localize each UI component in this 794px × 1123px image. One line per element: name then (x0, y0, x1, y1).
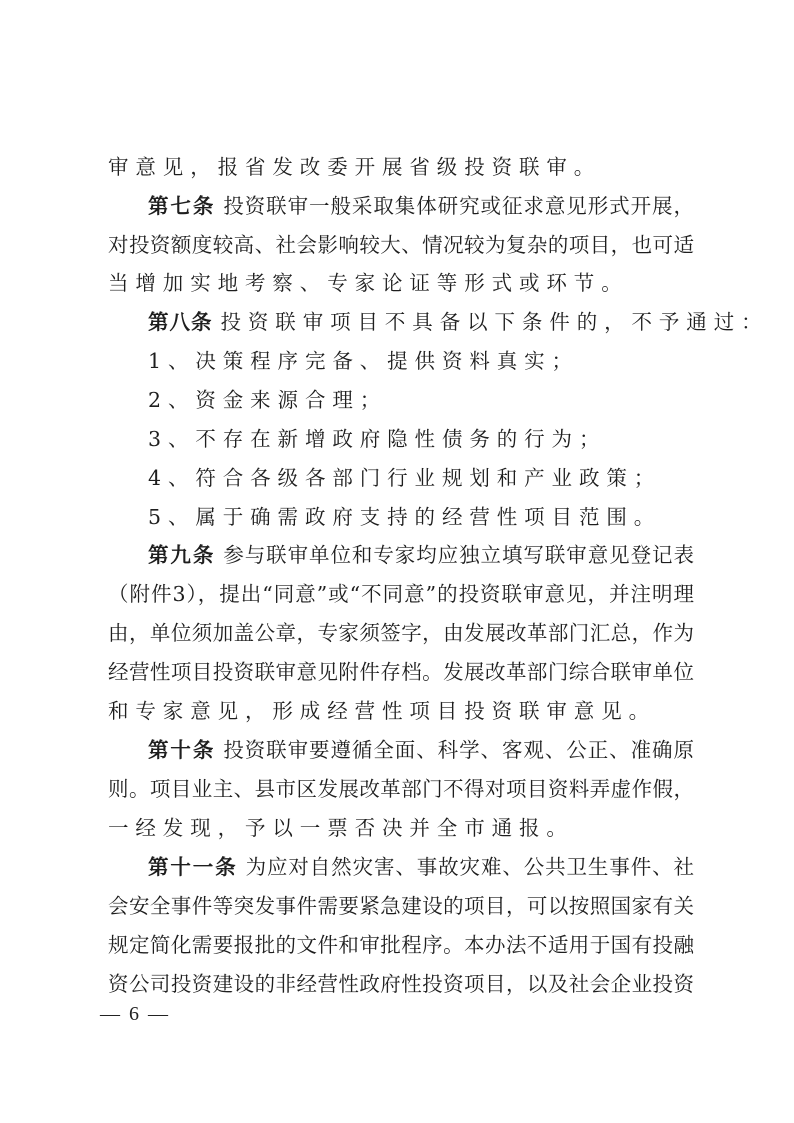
text-line: 对投资额度较高、社会影响较大、情况较为复杂的项目，也可适 (108, 226, 694, 265)
article-11-heading-line: 第十一条为应对自然灾害、事故灾难、公共卫生事件、社 (148, 848, 694, 887)
text-line: 和专家意见，形成经营性项目投资联审意见。 (108, 692, 694, 731)
text-line: 当增加实地考察、专家论证等形式或环节。 (108, 264, 694, 303)
text-line: （附件3），提出“同意”或“不同意”的投资联审意见，并注明理 (108, 575, 694, 614)
article-label: 第九条 (148, 543, 215, 567)
text-line: 由，单位须加盖公章，专家须签字，由发展改革部门汇总，作为 (108, 614, 694, 653)
article-text: 投资联审一般采取集体研究或征求意见形式开展， (223, 194, 694, 218)
article-7-heading-line: 第七条投资联审一般采取集体研究或征求意见形式开展， (148, 187, 694, 226)
text-line: 会安全事件等突发事件需要紧急建设的项目，可以按照国家有关 (108, 887, 694, 926)
list-item: 1、决策程序完备、提供资料真实； (148, 342, 694, 381)
article-9-heading-line: 第九条参与联审单位和专家均应独立填写联审意见登记表 (148, 536, 694, 575)
text-line: 经营性项目投资联审意见附件存档。发展改革部门综合联审单位 (108, 653, 694, 692)
list-item: 4、符合各级各部门行业规划和产业政策； (148, 459, 694, 498)
document-page: 审意见，报省发改委开展省级投资联审。 第七条投资联审一般采取集体研究或征求意见形… (0, 0, 794, 1123)
list-item: 5、属于确需政府支持的经营性项目范围。 (148, 498, 694, 537)
article-label: 第八条 (148, 310, 213, 334)
article-8-heading-line: 第八条投资联审项目不具备以下条件的，不予通过： (148, 303, 694, 342)
article-10-heading-line: 第十条投资联审要遵循全面、科学、客观、公正、准确原 (148, 731, 694, 770)
text-line: 一经发现，予以一票否决并全市通报。 (108, 809, 694, 848)
text-line: 则。项目业主、县市区发展改革部门不得对项目资料弄虚作假， (108, 770, 694, 809)
text-line: 规定简化需要报批的文件和审批程序。本办法不适用于国有投融 (108, 926, 694, 965)
article-text: 参与联审单位和专家均应独立填写联审意见登记表 (223, 543, 694, 567)
text-line: 资公司投资建设的非经营性政府性投资项目，以及社会企业投资 (108, 965, 694, 1004)
article-text: 投资联审要遵循全面、科学、客观、公正、准确原 (223, 738, 694, 762)
article-label: 第十条 (148, 738, 215, 762)
article-text: 为应对自然灾害、事故灾难、公共卫生事件、社 (246, 855, 694, 879)
article-label: 第十一条 (148, 855, 238, 879)
article-text: 投资联审项目不具备以下条件的，不予通过： (221, 310, 769, 334)
list-item: 2、资金来源合理； (148, 381, 694, 420)
list-item: 3、不存在新增政府隐性债务的行为； (148, 420, 694, 459)
article-label: 第七条 (148, 194, 215, 218)
text-line: 审意见，报省发改委开展省级投资联审。 (108, 148, 694, 187)
page-number: — 6 — (100, 996, 170, 1032)
